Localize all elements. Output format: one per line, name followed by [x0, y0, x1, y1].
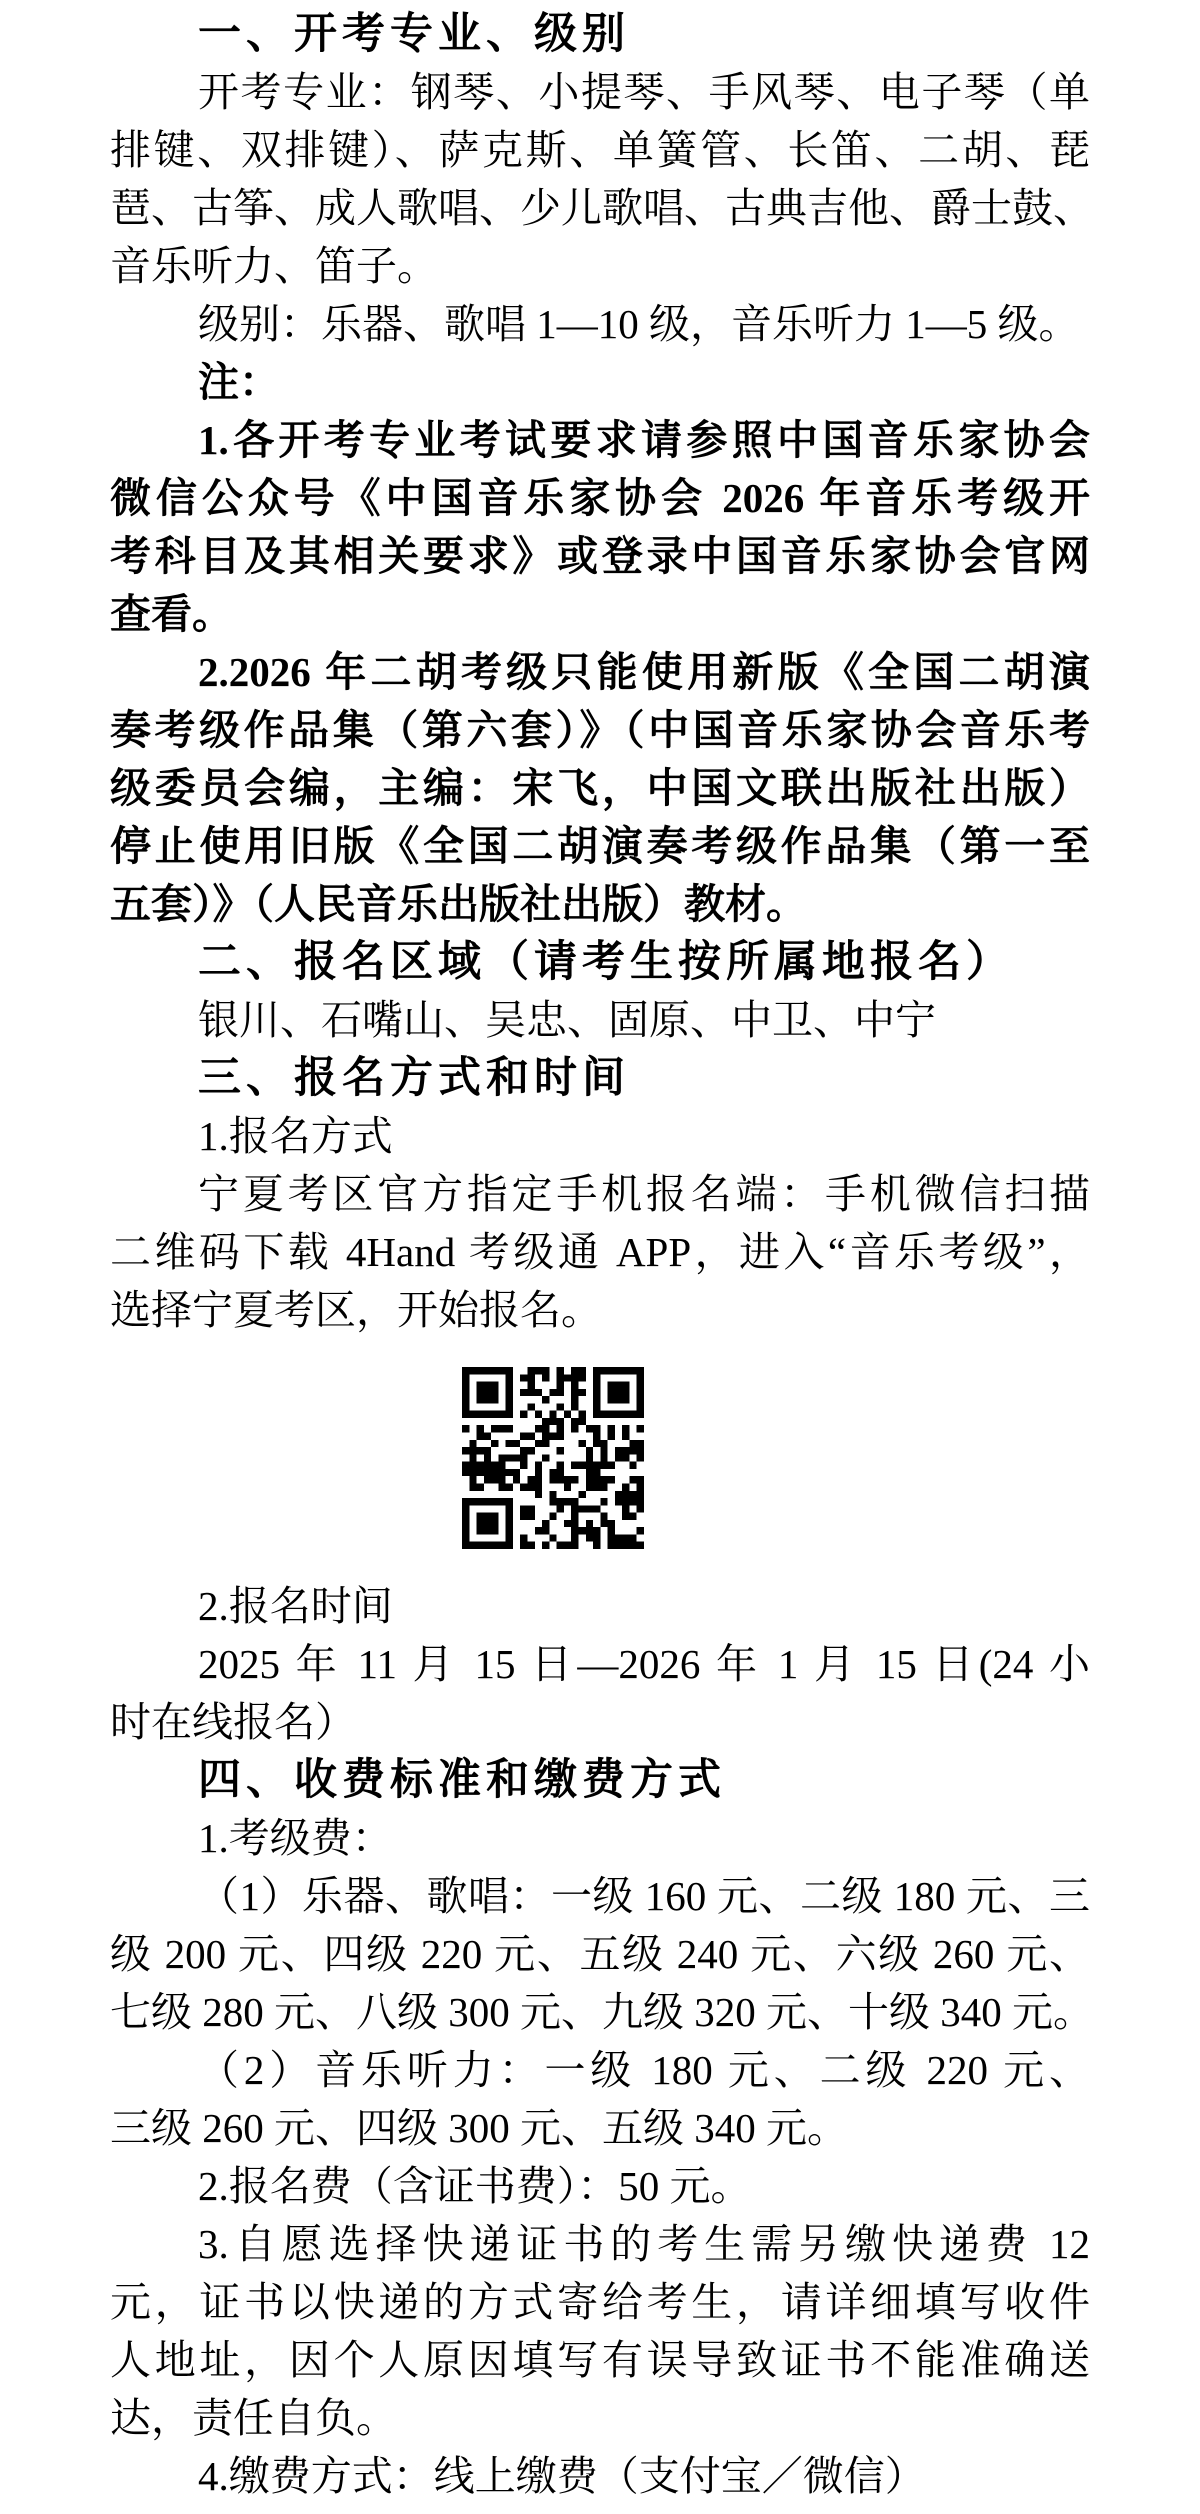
text-line: 2.2026 年二胡考级只能使用新版《全国二胡演	[110, 643, 1090, 701]
text-line: 开考专业：钢琴、小提琴、手风琴、电子琴（单	[110, 63, 1090, 121]
para-time-label: 2.报名时间	[110, 1577, 1090, 1635]
text-line: 元，证书以快递的方式寄给考生，请详细填写收件	[110, 2273, 1090, 2331]
para-fee-instrument-vocal: （1）乐器、歌唱：一级 160 元、二级 180 元、三级 200 元、四级 2…	[110, 1867, 1090, 2041]
heading-section-3: 三、报名方式和时间	[110, 1049, 1090, 1107]
text-line: 2025 年 11 月 15 日—2026 年 1 月 15 日(24 小	[110, 1635, 1090, 1693]
text-line: 注：	[110, 353, 1090, 411]
text-line: 1.考级费：	[110, 1809, 1090, 1867]
text-line: 级委员会编，主编：宋飞，中国文联出版社出版）	[110, 759, 1090, 817]
text-line: 2.报名费（含证书费）：50 元。	[110, 2157, 1090, 2215]
text-line: 级别：乐器、歌唱 1—10 级，音乐听力 1—5 级。	[110, 295, 1090, 353]
text-line: 人地址，因个人原因填写有误导致证书不能准确送	[110, 2331, 1090, 2389]
text-line: 四、收费标准和缴费方式	[110, 1751, 1090, 1809]
para-fee-label: 1.考级费：	[110, 1809, 1090, 1867]
para-time: 2025 年 11 月 15 日—2026 年 1 月 15 日(24 小时在线…	[110, 1635, 1090, 1751]
text-line: 二维码下载 4Hand 考级通 APP，进入“音乐考级”，	[110, 1223, 1090, 1281]
text-line: 宁夏考区官方指定手机报名端：手机微信扫描	[110, 1165, 1090, 1223]
text-line: 查看。	[110, 585, 1090, 643]
text-line: 七级 280 元、八级 300 元、九级 320 元、十级 340 元。	[110, 1983, 1090, 2041]
heading-section-4: 四、收费标准和缴费方式	[110, 1751, 1090, 1809]
para-express-delivery: 3.自愿选择快递证书的考生需另缴快递费 12元，证书以快递的方式寄给考生，请详细…	[110, 2215, 1090, 2447]
para-method-label: 1.报名方式	[110, 1107, 1090, 1165]
text-line: 1.各开考专业考试要求请参照中国音乐家协会	[110, 411, 1090, 469]
text-line: （2）音乐听力：一级 180 元、二级 220 元、	[110, 2041, 1090, 2099]
para-levels: 级别：乐器、歌唱 1—10 级，音乐听力 1—5 级。	[110, 295, 1090, 353]
qr-code-block	[110, 1339, 1090, 1577]
text-line: 三、报名方式和时间	[110, 1049, 1090, 1107]
text-line: 4.缴费方式：线上缴费（支付宝／微信）	[110, 2447, 1090, 2505]
text-line: 音乐听力、笛子。	[110, 237, 1090, 295]
text-line: 三级 260 元、四级 300 元、五级 340 元。	[110, 2099, 1090, 2157]
text-line: 考科目及其相关要求》或登录中国音乐家协会官网	[110, 527, 1090, 585]
text-line: 停止使用旧版《全国二胡演奏考级作品集（第一至	[110, 817, 1090, 875]
text-line: 微信公众号《中国音乐家协会 2026 年音乐考级开	[110, 469, 1090, 527]
text-line: 排键、双排键）、萨克斯、单簧管、长笛、二胡、琵	[110, 121, 1090, 179]
text-line: 奏考级作品集（第六套）》（中国音乐家协会音乐考	[110, 701, 1090, 759]
para-note-2: 2.2026 年二胡考级只能使用新版《全国二胡演奏考级作品集（第六套）》（中国音…	[110, 643, 1090, 933]
text-line: 二、报名区域（请考生按所属地报名）	[110, 933, 1090, 991]
text-line: （1）乐器、歌唱：一级 160 元、二级 180 元、三	[110, 1867, 1090, 1925]
para-subjects: 开考专业：钢琴、小提琴、手风琴、电子琴（单排键、双排键）、萨克斯、单簧管、长笛、…	[110, 63, 1090, 295]
para-fee-listening: （2）音乐听力：一级 180 元、二级 220 元、三级 260 元、四级 30…	[110, 2041, 1090, 2157]
heading-section-1: 一、开考专业、级别	[110, 5, 1090, 63]
para-note-label: 注：	[110, 353, 1090, 411]
text-line: 选择宁夏考区，开始报名。	[110, 1281, 1090, 1339]
text-line: 3.自愿选择快递证书的考生需另缴快递费 12	[110, 2215, 1090, 2273]
text-line: 1.报名方式	[110, 1107, 1090, 1165]
para-note-1: 1.各开考专业考试要求请参照中国音乐家协会微信公众号《中国音乐家协会 2026 …	[110, 411, 1090, 643]
heading-section-2: 二、报名区域（请考生按所属地报名）	[110, 933, 1090, 991]
text-line: 五套）》（人民音乐出版社出版）教材。	[110, 875, 1090, 933]
text-line: 一、开考专业、级别	[110, 5, 1090, 63]
para-registration-fee: 2.报名费（含证书费）：50 元。	[110, 2157, 1090, 2215]
document-page: 一、开考专业、级别 开考专业：钢琴、小提琴、手风琴、电子琴（单排键、双排键）、萨…	[0, 0, 1200, 2514]
text-line: 银川、石嘴山、吴忠、固原、中卫、中宁	[110, 991, 1090, 1049]
qr-code-icon	[455, 1367, 651, 1549]
text-line: 时在线报名）	[110, 1693, 1090, 1751]
para-payment-method: 4.缴费方式：线上缴费（支付宝／微信）	[110, 2447, 1090, 2505]
text-line: 达，责任自负。	[110, 2389, 1090, 2447]
text-line: 2.报名时间	[110, 1577, 1090, 1635]
text-line: 级 200 元、四级 220 元、五级 240 元、六级 260 元、	[110, 1925, 1090, 1983]
para-regions: 银川、石嘴山、吴忠、固原、中卫、中宁	[110, 991, 1090, 1049]
text-line: 琶、古筝、成人歌唱、少儿歌唱、古典吉他、爵士鼓、	[110, 179, 1090, 237]
para-method: 宁夏考区官方指定手机报名端：手机微信扫描二维码下载 4Hand 考级通 APP，…	[110, 1165, 1090, 1339]
